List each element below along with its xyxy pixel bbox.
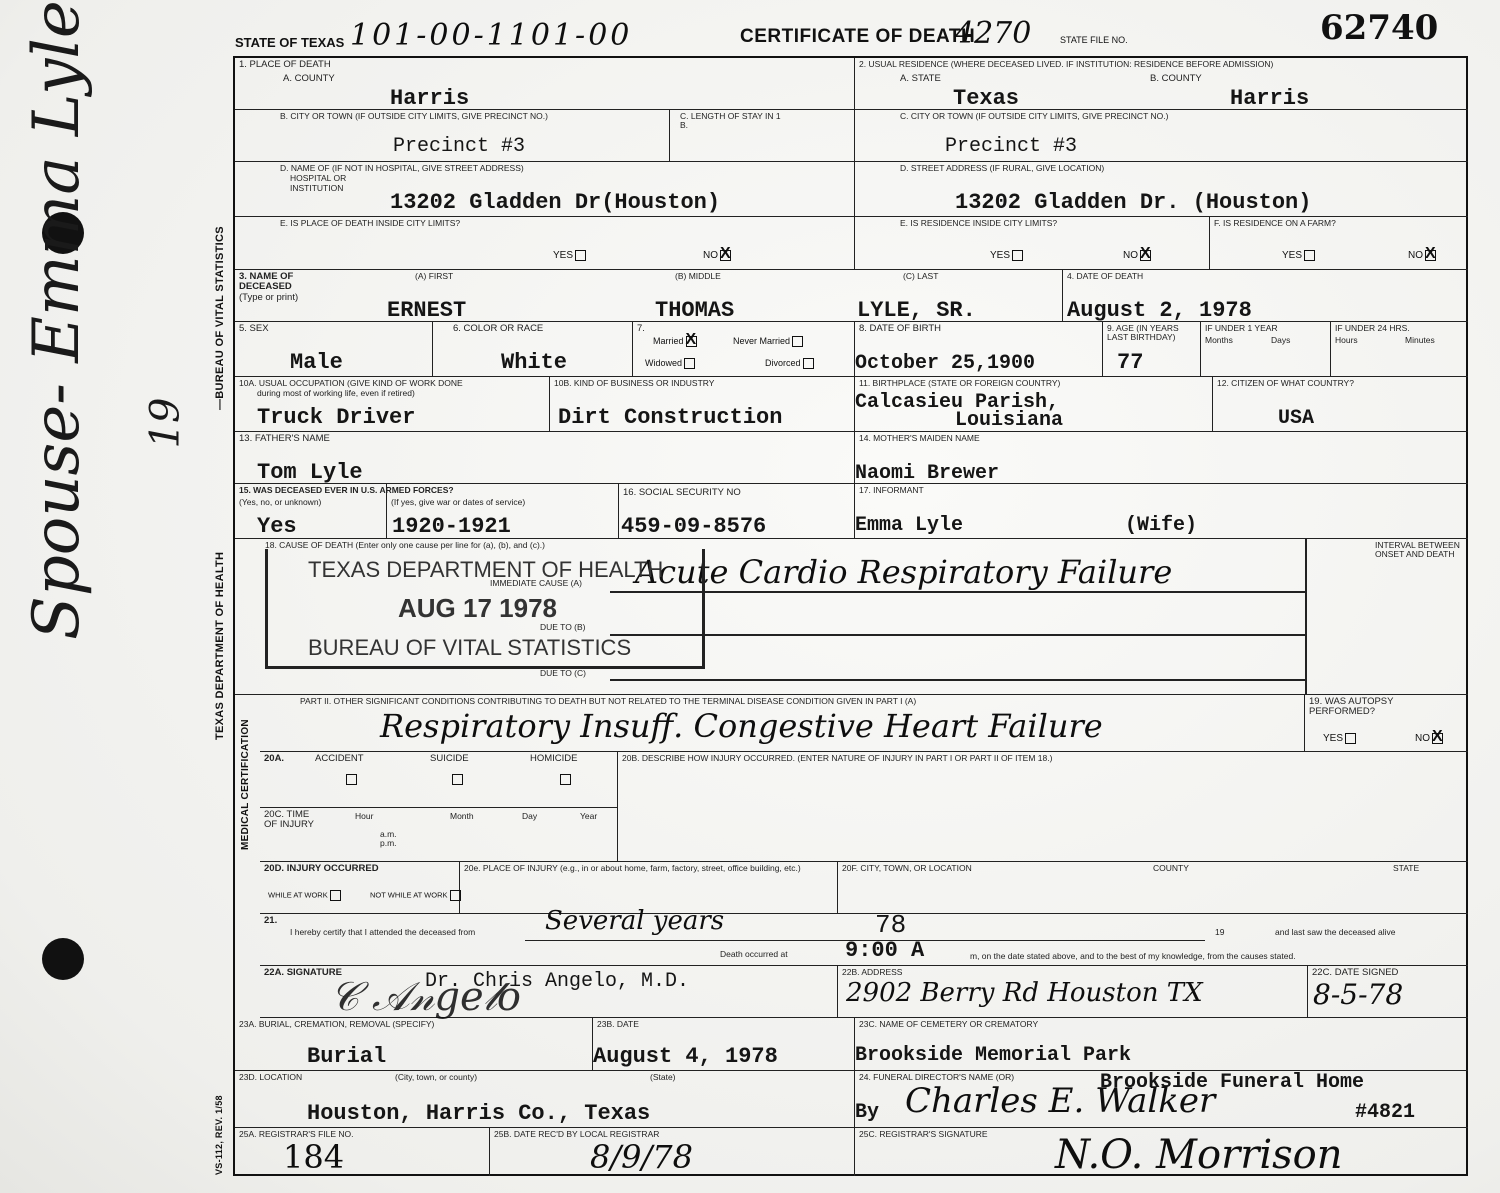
suicide-checkbox[interactable]	[452, 774, 463, 785]
attended-from-value: Several years	[545, 906, 724, 936]
disposition-value: Burial	[307, 1044, 386, 1069]
checkbox[interactable]	[684, 358, 695, 369]
occupation-value: Truck Driver	[257, 405, 415, 430]
checkbox[interactable]	[330, 890, 341, 901]
birth-date-value: October 25,1900	[855, 352, 1035, 375]
state-file-label: STATE FILE NO.	[1060, 35, 1128, 45]
label: 7.	[637, 324, 645, 334]
label: 22b. ADDRESS	[842, 968, 902, 977]
label: a. STATE	[900, 74, 941, 84]
sex-value: Male	[290, 350, 343, 375]
checkbox-checked[interactable]	[686, 336, 697, 347]
label: 14. MOTHER'S MAIDEN NAME	[859, 434, 980, 443]
label: (Yes, no, or unknown)	[239, 498, 321, 507]
label: m, on the date stated above, and to the …	[970, 952, 1296, 961]
field-death-inside-city: e. IS PLACE OF DEATH INSIDE CITY LIMITS?…	[235, 217, 855, 270]
physician-address-value: 2902 Berry Rd Houston TX	[846, 978, 1203, 1008]
field-length-of-stay: c. LENGTH OF STAY in 1 b.	[670, 110, 855, 162]
label: f. IS RESIDENCE ON A FARM?	[1214, 219, 1336, 228]
label: 2. USUAL RESIDENCE (Where deceased lived…	[859, 60, 1273, 69]
label: Divorced	[765, 358, 801, 368]
field-manner-of-death: 20a. ACCIDENT SUICIDE HOMICIDE	[260, 752, 618, 808]
label: PART II. OTHER SIGNIFICANT CONDITIONS CO…	[300, 697, 916, 706]
label: 19	[1215, 928, 1224, 937]
punch-hole-bottom	[42, 938, 84, 980]
side-label-bureau: —BUREAU OF VITAL STATISTICS	[214, 226, 226, 410]
field-physician-certification: 21. I hereby certify that I attended the…	[260, 914, 1468, 966]
label: 20d. INJURY OCCURRED	[264, 864, 379, 874]
residence-street-value: 13202 Gladden Dr. (Houston)	[955, 190, 1311, 215]
label: 20e. PLACE OF INJURY (e.g., in or about …	[464, 864, 834, 873]
field-age: 9. AGE (in years last birthday) 77	[1103, 322, 1201, 377]
rule	[610, 679, 1305, 681]
informant-value: Emma Lyle	[855, 514, 963, 537]
state-label: STATE OF TEXAS	[235, 35, 344, 50]
field-registrar-date: 25b. DATE REC'D BY LOCAL REGISTRAR 8/9/7…	[490, 1128, 855, 1176]
handwritten-number: 4270	[955, 16, 1031, 51]
label: 22c. DATE SIGNED	[1312, 968, 1398, 978]
field-residence-inside-city: e. IS RESIDENCE INSIDE CITY LIMITS? YES …	[855, 217, 1210, 270]
field-citizenship: 12. CITIZEN OF WHAT COUNTRY? USA	[1213, 377, 1468, 432]
label: INSTITUTION	[290, 184, 343, 193]
label: Day	[522, 812, 537, 821]
stamp-line3: BUREAU OF VITAL STATISTICS	[308, 635, 631, 661]
label: 20f. CITY, TOWN, OR LOCATION	[842, 864, 972, 873]
label: and last saw the deceased alive	[1275, 928, 1396, 937]
label: 23a. BURIAL, CREMATION, REMOVAL (Specify…	[239, 1020, 434, 1029]
label: Year	[580, 812, 597, 821]
certificate-form: 1. PLACE OF DEATH a. COUNTY Harris 2. US…	[233, 56, 1468, 1176]
label: (b) Middle	[675, 272, 721, 281]
field-ssn: 16. SOCIAL SECURITY NO 459-09-8576	[619, 484, 855, 539]
handwritten-code: 101-00-1101-00	[350, 18, 632, 53]
first-name-value: ERNEST	[387, 298, 466, 323]
label: (c) Last	[903, 272, 938, 281]
label: NO	[1123, 250, 1138, 261]
label: 23c. NAME OF CEMETERY OR CREMATORY	[859, 1020, 1038, 1029]
residence-farm-yes[interactable]: YES	[1282, 250, 1315, 261]
accident-checkbox[interactable]	[346, 774, 357, 785]
registrar-date-value: 8/9/78	[590, 1138, 693, 1176]
label: 20a.	[264, 754, 284, 764]
checkbox[interactable]	[803, 358, 814, 369]
service-dates-value: 1920-1921	[392, 514, 511, 539]
immediate-cause-value: Acute Cardio Respiratory Failure	[635, 553, 1172, 591]
field-father: 13. FATHER'S NAME Tom Lyle	[235, 432, 855, 484]
residence-city-value: Precinct #3	[945, 135, 1077, 158]
residence-farm-no[interactable]: NO	[1408, 250, 1436, 261]
checkbox[interactable]	[450, 890, 461, 901]
label: 10a. USUAL OCCUPATION (Give kind of work…	[239, 379, 463, 388]
field-residence-street: d. STREET ADDRESS (If rural, give locati…	[855, 162, 1468, 217]
funeral-license-value: #4821	[1355, 1101, 1415, 1124]
stamp-line1: TEXAS DEPARTMENT OF HEALTH	[308, 557, 663, 583]
label: e. IS PLACE OF DEATH INSIDE CITY LIMITS?	[280, 219, 460, 228]
label: (City, town, or county)	[395, 1073, 477, 1082]
field-date-of-birth: 8. DATE OF BIRTH October 25,1900	[855, 322, 1103, 377]
autopsy-yes[interactable]: YES	[1323, 733, 1356, 744]
label: YES	[1282, 250, 1302, 261]
field-armed-forces: 15. WAS DECEASED EVER IN U.S. ARMED FORC…	[235, 484, 387, 539]
industry-value: Dirt Construction	[558, 405, 782, 430]
marital-never-married[interactable]: Never Married	[733, 336, 803, 347]
checkbox-checked[interactable]	[1140, 250, 1151, 261]
field-injury-at-work: 20d. INJURY OCCURRED WHILE AT WORK NOT W…	[260, 862, 460, 914]
label: 19. WAS AUTOPSY PERFORMED?	[1309, 697, 1459, 717]
death-inside-city-no[interactable]: NO	[703, 250, 731, 261]
date-signed-value: 8-5-78	[1313, 978, 1403, 1011]
checkbox-checked[interactable]	[720, 250, 731, 261]
field-race: 6. COLOR OR RACE White	[433, 322, 633, 377]
field-death-county: 1. PLACE OF DEATH a. COUNTY Harris	[235, 58, 855, 110]
label: NOT WHILE AT WORK	[370, 890, 448, 899]
field-birthplace: 11. BIRTHPLACE (State or foreign country…	[855, 377, 1213, 432]
homicide-checkbox[interactable]	[560, 774, 571, 785]
autopsy-no[interactable]: NO	[1415, 733, 1443, 744]
death-certificate-page: Spouse- Emma Lyle 19 —BUREAU OF VITAL ST…	[0, 0, 1500, 1193]
cemetery-value: Brookside Memorial Park	[855, 1044, 1131, 1067]
checkbox[interactable]	[1012, 250, 1023, 261]
residence-county-value: Harris	[1230, 86, 1309, 111]
received-stamp: TEXAS DEPARTMENT OF HEALTH AUG 17 1978 B…	[265, 549, 705, 669]
field-describe-injury: 20b. DESCRIBE HOW INJURY OCCURRED. (Ente…	[618, 752, 1468, 862]
label: IF UNDER 24 HRS.	[1335, 324, 1410, 333]
rule	[610, 634, 1305, 636]
physician-signature: 𝒞 𝒜𝓃𝑔𝑒𝓁𝑜	[330, 974, 521, 1020]
field-marital-status: 7. Married Never Married Widowed Divorce…	[633, 322, 855, 377]
label: 8. DATE OF BIRTH	[859, 324, 941, 334]
label: 9. AGE (in years last birthday)	[1107, 324, 1197, 342]
by-label: By	[855, 1101, 879, 1124]
form-code: VS-112, REV. 1/58	[214, 1095, 224, 1175]
label: INTERVAL BETWEEN ONSET AND DEATH	[1375, 541, 1460, 559]
date-of-death-value: August 2, 1978	[1067, 298, 1252, 323]
label: d. NAME OF (If not in hospital, give str…	[280, 164, 524, 173]
armed-forces-value: Yes	[257, 514, 297, 539]
label: d. STREET ADDRESS (If rural, give locati…	[900, 164, 1104, 173]
label: YES	[1323, 733, 1343, 744]
label: (a) First	[415, 272, 453, 281]
funeral-director-signature: Charles E. Walker	[905, 1081, 1215, 1121]
field-under-one-year: IF UNDER 1 YEAR Months Days	[1201, 322, 1331, 377]
field-cause-of-death: 18. CAUSE OF DEATH (Enter only one cause…	[235, 539, 1468, 695]
label: b. CITY OR TOWN (If outside city limits,…	[280, 112, 548, 121]
checkbox[interactable]	[575, 250, 586, 261]
label: Widowed	[645, 358, 682, 368]
checkbox[interactable]	[1345, 733, 1356, 744]
label: c. CITY OR TOWN (If outside city limits,…	[900, 112, 1168, 121]
field-burial-location: 23d. LOCATION (City, town, or county) (S…	[235, 1071, 855, 1128]
not-while-at-work[interactable]: NOT WHILE AT WORK	[370, 890, 461, 901]
rule	[610, 591, 1305, 593]
field-other-conditions: PART II. OTHER SIGNIFICANT CONDITIONS CO…	[260, 695, 1305, 752]
label: Hours	[1335, 336, 1358, 345]
label: DUE TO (c)	[540, 669, 586, 678]
field-residence-city: c. CITY OR TOWN (If outside city limits,…	[855, 110, 1468, 162]
burial-location-value: Houston, Harris Co., Texas	[307, 1101, 650, 1126]
side-label-department: TEXAS DEPARTMENT OF HEALTH	[214, 552, 226, 740]
label: YES	[553, 250, 573, 261]
label: (Type or print)	[239, 293, 298, 303]
field-informant: 17. INFORMANT Emma Lyle (Wife)	[855, 484, 1468, 539]
field-service-dates: (If yes, give war or dates of service) 1…	[387, 484, 619, 539]
field-sex: 5. SEX Male	[235, 322, 433, 377]
hospital-value: 13202 Gladden Dr(Houston)	[390, 190, 720, 215]
label: 1. PLACE OF DEATH	[239, 60, 331, 70]
field-residence-farm: f. IS RESIDENCE ON A FARM? YES NO	[1210, 217, 1468, 270]
registrar-file-no-value: 184	[283, 1138, 344, 1176]
label: STATE	[1393, 864, 1419, 873]
certificate-title: CERTIFICATE OF DEATH	[740, 26, 975, 48]
residence-inside-city-yes[interactable]: YES	[990, 250, 1023, 261]
checkbox-checked[interactable]	[1425, 250, 1436, 261]
while-at-work[interactable]: WHILE AT WORK	[268, 890, 341, 901]
label: 23d. LOCATION	[239, 1073, 302, 1082]
label: NO	[703, 250, 718, 261]
field-autopsy: 19. WAS AUTOPSY PERFORMED? YES NO	[1305, 695, 1468, 752]
margin-handwritten-number: 19	[142, 398, 188, 449]
label: 21.	[264, 916, 277, 926]
marital-widowed[interactable]: Widowed	[645, 358, 695, 369]
field-funeral-director: 24. FUNERAL DIRECTOR'S NAME (OR) Brooksi…	[855, 1071, 1468, 1128]
registrar-signature-value: N.O. Morrison	[1055, 1132, 1342, 1178]
label: 20b. DESCRIBE HOW INJURY OCCURRED. (Ente…	[622, 754, 1052, 763]
mother-value: Naomi Brewer	[855, 462, 999, 485]
marital-divorced[interactable]: Divorced	[765, 358, 814, 369]
attended-to-year: 78	[875, 910, 906, 940]
field-industry: 10b. KIND OF BUSINESS OR INDUSTRY Dirt C…	[550, 377, 855, 432]
label: ACCIDENT	[315, 754, 364, 764]
death-time-value: 9:00 A	[845, 938, 924, 963]
field-date-of-death: 4. DATE OF DEATH August 2, 1978	[1063, 270, 1468, 322]
field-injury-location: 20f. CITY, TOWN, OR LOCATION COUNTY STAT…	[838, 862, 1468, 914]
marital-married[interactable]: Married	[653, 336, 697, 347]
field-registrar-signature: 25c. REGISTRAR'S SIGNATURE N.O. Morrison	[855, 1128, 1468, 1176]
label: 5. SEX	[239, 324, 269, 334]
birthplace-line2: Louisiana	[955, 409, 1063, 432]
label: 16. SOCIAL SECURITY NO	[623, 488, 741, 498]
burial-date-value: August 4, 1978	[593, 1044, 778, 1069]
label: c. LENGTH OF STAY in 1 b.	[680, 112, 790, 130]
field-registrar-file-no: 25a. REGISTRAR'S FILE NO. 184	[235, 1128, 490, 1176]
death-inside-city-yes[interactable]: YES	[553, 250, 586, 261]
label: 6. COLOR OR RACE	[453, 324, 543, 334]
label: IF UNDER 1 YEAR	[1205, 324, 1278, 333]
field-under-24-hours: IF UNDER 24 HRS. Hours Minutes	[1331, 322, 1468, 377]
label: (If yes, give war or dates of service)	[391, 498, 525, 507]
label: 23b. DATE	[597, 1020, 639, 1029]
field-occupation: 10a. USUAL OCCUPATION (Give kind of work…	[235, 377, 550, 432]
label: Death occurred at	[720, 950, 788, 959]
checkbox[interactable]	[1304, 250, 1315, 261]
label: HOMICIDE	[530, 754, 578, 764]
checkbox[interactable]	[792, 336, 803, 347]
field-residence-state-county: 2. USUAL RESIDENCE (Where deceased lived…	[855, 58, 1468, 110]
checkbox-checked[interactable]	[1432, 733, 1443, 744]
label: Months	[1205, 336, 1233, 345]
label: a.m. p.m.	[380, 830, 410, 848]
label: Never Married	[733, 336, 790, 346]
label: 11. BIRTHPLACE (State or foreign country…	[859, 379, 1060, 388]
label: 25c. REGISTRAR'S SIGNATURE	[859, 1130, 988, 1139]
field-mother: 14. MOTHER'S MAIDEN NAME Naomi Brewer	[855, 432, 1468, 484]
label: HOSPITAL OR	[290, 174, 346, 183]
label: NO	[1415, 733, 1430, 744]
field-date-signed: 22c. DATE SIGNED 8-5-78	[1308, 966, 1468, 1018]
label: a. COUNTY	[283, 74, 335, 84]
state-file-number: 62740	[1320, 8, 1438, 48]
death-city-value: Precinct #3	[393, 135, 525, 158]
label: 4. DATE OF DEATH	[1067, 272, 1143, 281]
label: 12. CITIZEN OF WHAT COUNTRY?	[1217, 379, 1354, 388]
citizen-value: USA	[1278, 407, 1314, 430]
label: 10b. KIND OF BUSINESS OR INDUSTRY	[554, 379, 714, 388]
label: Minutes	[1405, 336, 1435, 345]
ssn-value: 459-09-8576	[621, 514, 766, 539]
field-physician-address: 22b. ADDRESS 2902 Berry Rd Houston TX	[838, 966, 1308, 1018]
race-value: White	[501, 350, 567, 375]
label: WHILE AT WORK	[268, 890, 328, 899]
label: b. COUNTY	[1150, 74, 1202, 84]
field-death-city: b. CITY OR TOWN (If outside city limits,…	[235, 110, 670, 162]
field-deceased-name: 3. NAME OF DECEASED (Type or print) (a) …	[235, 270, 1063, 322]
stamp-date: AUG 17 1978	[398, 593, 557, 624]
other-conditions-value: Respiratory Insuff. Congestive Heart Fai…	[380, 707, 1103, 745]
label: DECEASED	[239, 282, 292, 292]
last-name-value: LYLE, SR.	[857, 298, 976, 323]
label: Married	[653, 336, 684, 346]
middle-name-value: THOMAS	[655, 298, 734, 323]
label: I hereby certify that I attended the dec…	[290, 928, 475, 937]
label: Hour	[355, 812, 373, 821]
label: 17. INFORMANT	[859, 486, 924, 495]
residence-state-value: Texas	[953, 86, 1019, 111]
label: during most of working life, even if ret…	[257, 389, 415, 398]
label: SUICIDE	[430, 754, 469, 764]
death-county-value: Harris	[390, 86, 469, 111]
field-disposition: 23a. BURIAL, CREMATION, REMOVAL (Specify…	[235, 1018, 593, 1071]
field-burial-date: 23b. DATE August 4, 1978	[593, 1018, 855, 1071]
label: YES	[990, 250, 1010, 261]
informant-relation-value: (Wife)	[1125, 514, 1197, 537]
rule	[1305, 539, 1307, 695]
field-cemetery: 23c. NAME OF CEMETERY OR CREMATORY Brook…	[855, 1018, 1468, 1071]
field-hospital: d. NAME OF (If not in hospital, give str…	[235, 162, 855, 217]
label: e. IS RESIDENCE INSIDE CITY LIMITS?	[900, 219, 1057, 228]
label: Days	[1271, 336, 1290, 345]
residence-inside-city-no[interactable]: NO	[1123, 250, 1151, 261]
father-value: Tom Lyle	[257, 460, 363, 485]
field-time-of-injury: 20c. TIME OF INJURY Hour Month Day Year …	[260, 808, 618, 862]
label: COUNTY	[1153, 864, 1189, 873]
age-value: 77	[1117, 350, 1143, 375]
field-physician-signature: 22a. SIGNATURE Dr. Chris Angelo, M.D. 𝒞 …	[260, 966, 838, 1018]
label: (State)	[650, 1073, 676, 1082]
label: Month	[450, 812, 474, 821]
label: 13. FATHER'S NAME	[239, 434, 330, 444]
certificate-header: STATE OF TEXAS 101-00-1101-00 CERTIFICAT…	[235, 18, 1465, 58]
label: NO	[1408, 250, 1423, 261]
margin-handwritten-note: Spouse- Emma Lyle	[20, 0, 94, 640]
label: 20c. TIME OF INJURY	[264, 810, 324, 830]
